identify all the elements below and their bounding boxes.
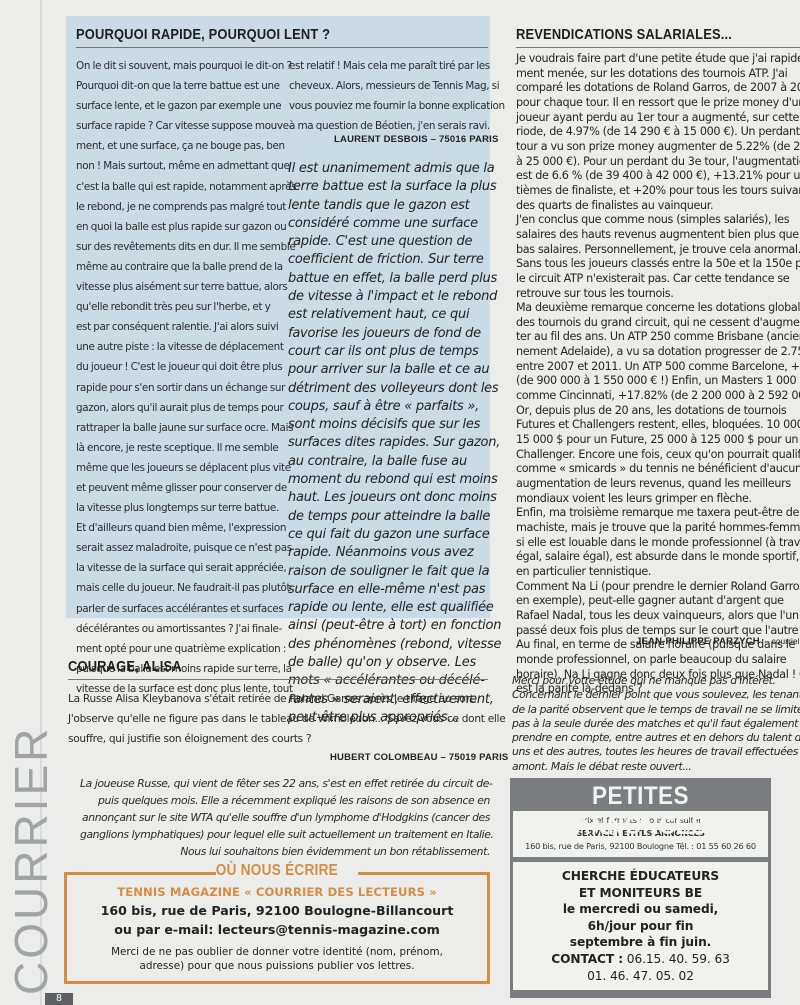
page-number: 8 xyxy=(45,993,73,1005)
text-line: (de 900 000 à 1 550 000 € !) Enfin, un M… xyxy=(516,374,800,389)
write-magazine-name: TENNIS MAGAZINE « COURRIER DES LECTEURS … xyxy=(64,885,490,899)
text-line: est par conséquent ralentie. J'ai alors … xyxy=(76,317,276,337)
ad-contact-label: CONTACT : xyxy=(551,952,623,966)
text-line: 15 000 $ pour un Future, 25 000 à 125 00… xyxy=(516,433,800,448)
letter3-title: COURAGE, ALISA xyxy=(68,658,429,675)
text-line: La Russe Alisa Kleybanova s'était retiré… xyxy=(68,689,488,709)
magazine-page: COURRIER 8 POURQUOI RAPIDE, POURQUOI LEN… xyxy=(0,0,800,1005)
reply-line: sont moins décisifs que sur les xyxy=(288,416,488,434)
text-line: est relatif ! Mais cela me paraît tiré p… xyxy=(289,56,489,76)
letter1-column1: On le dit si souvent, mais pourquoi le d… xyxy=(76,56,276,699)
reply-line: Concernant le dernier point que vous sou… xyxy=(512,688,800,702)
text-line: Je voudrais faire part d'une petite étud… xyxy=(516,52,800,67)
reply-line: amont. Mais le débat reste ouvert... xyxy=(512,760,800,774)
reply-line: considéré comme une surface xyxy=(288,215,488,233)
letter3-editor-reply: La joueuse Russe, qui vient de fêter ses… xyxy=(80,775,490,860)
reply-line: coefficient de friction. Sur terre xyxy=(288,251,488,269)
letter2-signature-source: – courriel xyxy=(765,637,800,646)
ad-contact: CONTACT : 06.15. 40. 59. 63 xyxy=(513,951,768,968)
text-line: bas salaires. Personnellement, je trouve… xyxy=(516,243,800,258)
text-line: vous pouviez me fournir la bonne explica… xyxy=(289,96,489,116)
text-line: vitesse plus aisément sur terre battue, … xyxy=(76,277,276,297)
reply-line: terre battue est la surface la plus xyxy=(288,178,488,196)
ad-line2: ET MONITEURS BE xyxy=(513,885,768,902)
text-line: J'en conclus que comme nous (simples sal… xyxy=(516,213,800,228)
reply-line: de temps pour atteindre la balle xyxy=(288,508,488,526)
text-line: des quarts de finalistes au vainqueur. xyxy=(516,199,800,214)
section-label: COURRIER xyxy=(4,726,58,995)
letter1-title: POURQUOI RAPIDE, POURQUOI LENT ? xyxy=(76,26,430,43)
write-note-line2: adresse) pour que nous puissions publier… xyxy=(64,960,490,972)
classified-ad: CHERCHE ÉDUCATEURS ET MONITEURS BE le me… xyxy=(513,862,768,990)
text-line: égal, salaire égal), est absurde dans le… xyxy=(516,550,800,565)
reply-line: surfaces dites rapides. Sur gazon, xyxy=(288,434,488,452)
ad-line4: 6h/jour pour fin xyxy=(513,918,768,935)
text-line: mondiaux voient les leurs grimper en flè… xyxy=(516,492,800,507)
text-line: cheveux. Alors, messieurs de Tennis Mag,… xyxy=(289,76,489,96)
reply-line: de la parité observent que le temps de t… xyxy=(512,703,800,717)
classifieds-title: PETITES ANNONCES xyxy=(513,781,768,811)
reply-line: moment du rebond qui est moins xyxy=(288,471,488,489)
write-to-us-title: OÙ NOUS ÉCRIRE xyxy=(64,862,490,880)
classifieds-address: 160 bis, rue de Paris, 92100 Boulogne Té… xyxy=(513,840,768,853)
ad-contact-phone2: 01. 46. 47. 05. 02 xyxy=(513,968,768,985)
text-line: qu'elle rebondit très peu sur l'herbe, e… xyxy=(76,297,276,317)
text-line: non ! Mais surtout, même en admettant qu… xyxy=(76,156,276,176)
text-line: monde professionnel, on parle beaucoup d… xyxy=(516,653,800,668)
reply-line: puis quelques mois. Elle a récemment exp… xyxy=(80,792,490,809)
reply-line: ainsi (peut-être à tort) en fonction xyxy=(288,617,488,635)
text-line: même au contraire que la balle prend de … xyxy=(76,257,276,277)
text-line: même que les joueurs se déplacent plus v… xyxy=(76,458,276,478)
reply-line: raison de souligner le fait que la xyxy=(288,563,488,581)
text-line: une autre piste : la vitesse de déplacem… xyxy=(76,337,276,357)
text-line: salaires des hauts revenus augmentent bi… xyxy=(516,228,800,243)
reply-line: rapide ou lente, elle est qualifiée xyxy=(288,599,488,617)
letter1-heading: POURQUOI RAPIDE, POURQUOI LENT ? xyxy=(76,26,488,48)
text-line: rattraper la balle jaune sur surface ocr… xyxy=(76,418,276,438)
letter1-signature: LAURENT DESBOIS – 75016 PARIS xyxy=(334,134,499,145)
reply-line: des phénomènes (rebond, vitesse xyxy=(288,636,488,654)
text-line: ter au fil des ans. Un ATP 250 comme Bri… xyxy=(516,330,800,345)
classifieds-box: PETITES ANNONCES Prix et formats : nous … xyxy=(510,778,771,998)
letter2-title: REVENDICATIONS SALARIALES... xyxy=(516,26,760,43)
reply-line: battue en effet, la balle perd plus xyxy=(288,270,488,288)
text-line: c'est la balle qui est rapide, notamment… xyxy=(76,177,276,197)
text-line: Enfin, ma troisième remarque me taxera p… xyxy=(516,506,800,521)
ad-line1: CHERCHE ÉDUCATEURS xyxy=(513,868,768,885)
text-line: riode, de 4.97% (de 14 290 € à 15 000 €)… xyxy=(516,125,800,140)
text-line: Pourquoi dit-on que la terre battue est … xyxy=(76,76,276,96)
reply-line: détriment des volleyeurs dont les xyxy=(288,380,488,398)
text-line: Comment Na Li (pour prendre le dernier R… xyxy=(516,580,800,595)
ad-line5: septembre à fin juin. xyxy=(513,934,768,951)
text-line: si elle est louable dans le monde profes… xyxy=(516,536,800,551)
reply-line: de vitesse à l'impact et le rebond xyxy=(288,288,488,306)
text-line: décélérantes ou amortissantes ? J'ai fin… xyxy=(76,619,276,639)
ad-contact-phone1: 06.15. 40. 59. 63 xyxy=(627,952,730,966)
text-line: comparé les dotations de Roland Garros, … xyxy=(516,81,800,96)
text-line: gazon, alors qu'il aurait plus de temps … xyxy=(76,398,276,418)
reply-line: ganglions lymphatiques) pour lequel elle… xyxy=(80,826,490,843)
text-line: Futures et Challengers restent, elles, b… xyxy=(516,418,800,433)
text-line: mais celle du joueur. Ne faudrait-il pas… xyxy=(76,578,276,598)
text-line: en particulier tennistique. xyxy=(516,565,800,580)
letter2-body: Je voudrais faire part d'une petite étud… xyxy=(516,52,800,697)
text-line: On le dit si souvent, mais pourquoi le d… xyxy=(76,56,276,76)
letter3-heading: COURAGE, ALISA xyxy=(68,658,488,680)
text-line: Challenger. Encore une fois, ceux qu'on … xyxy=(516,448,800,463)
reply-line: est relativement haut, ce qui xyxy=(288,306,488,324)
text-line: rapide pour s'en sortir dans un échange … xyxy=(76,378,276,398)
text-line: pour chaque tour. Il en ressort que le p… xyxy=(516,96,800,111)
letter2-signature-name: JEAN-PHILIPPE PARZYCH xyxy=(636,636,760,647)
write-email-address[interactable]: ou par e-mail: lecteurs@tennis-magazine.… xyxy=(64,922,490,937)
reply-line: prendre en compte, entre autres et en de… xyxy=(512,731,800,745)
text-line: ment opté pour une quatrième explication… xyxy=(76,639,276,659)
text-line: Rafael Nadal, tous les deux vainqueurs, … xyxy=(516,609,800,624)
text-line: surface rapide ? Car vitesse suppose mou… xyxy=(76,116,276,136)
text-line: Or, depuis plus de 20 ans, les dotations… xyxy=(516,404,800,419)
text-line: nement Adelaide), a vu sa dotation progr… xyxy=(516,345,800,360)
text-line: la vitesse plus longtemps sur terre batt… xyxy=(76,498,276,518)
letter2-editor-reply: Merci pour votre étude qui ne manque pas… xyxy=(512,674,800,774)
reply-line: Merci pour votre étude qui ne manque pas… xyxy=(512,674,800,688)
ad-line3: le mercredi ou samedi, xyxy=(513,901,768,918)
text-line: tièmes de finaliste, et +20% pour tous l… xyxy=(516,184,800,199)
text-line: joueur ayant perdu au 1er tour a augment… xyxy=(516,111,800,126)
text-line: et peuvent même glisser pour conserver d… xyxy=(76,478,276,498)
reply-line: annonçant sur le site WTA qu'elle souffr… xyxy=(80,809,490,826)
text-line: comme Cincinnati, +17.82% (de 2 200 000 … xyxy=(516,389,800,404)
letter2-signature: JEAN-PHILIPPE PARZYCH – courriel xyxy=(636,636,800,647)
text-line: J'observe qu'elle ne figure pas dans le … xyxy=(68,709,488,729)
reply-line: coups, sauf à être « parfaits », xyxy=(288,398,488,416)
reply-line: court car ils ont plus de temps xyxy=(288,343,488,361)
reply-line: haut. Les joueurs ont donc moins xyxy=(288,489,488,507)
reply-line: surface en elle-même n'est pas xyxy=(288,581,488,599)
letter1-column2: est relatif ! Mais cela me paraît tiré p… xyxy=(289,56,489,136)
reply-line: La joueuse Russe, qui vient de fêter ses… xyxy=(80,775,490,792)
text-line: Et d'ailleurs quand bien même, l'express… xyxy=(76,518,276,538)
text-line: ment, et une surface, ça ne bouge pas, b… xyxy=(76,136,276,156)
reply-line: uns et des autres, toutes les heures de … xyxy=(512,745,800,759)
text-line: sur des revêtements dits en dur. Il me s… xyxy=(76,237,276,257)
text-line: retrouve sur tous les tournois. xyxy=(516,287,800,302)
reply-line: pour arriver sur la balle et ce au xyxy=(288,361,488,379)
text-line: des tournois du grand circuit, qui ne ce… xyxy=(516,316,800,331)
text-line: à 25 000 €). Pour un perdant du 3e tour,… xyxy=(516,155,800,170)
write-note-line1: Merci de ne pas oublier de donner votre … xyxy=(64,946,490,958)
write-postal-address: 160 bis, rue de Paris, 92100 Boulogne-Bi… xyxy=(64,903,490,918)
reply-line: lente tandis que le gazon est xyxy=(288,197,488,215)
letter1-editor-reply: Il est unanimement admis que laterre bat… xyxy=(288,160,488,727)
text-line: du joueur ! C'est le joueur qui doit êtr… xyxy=(76,357,276,377)
text-line: Ma deuxième remarque concerne les dotati… xyxy=(516,301,800,316)
reply-line: rapide. Néanmoins vous avez xyxy=(288,544,488,562)
reply-line: pas à la seule durée des matches et qu'i… xyxy=(512,717,800,731)
text-line: le circuit ATP n'existerait pas. Car cet… xyxy=(516,272,800,287)
reply-line: Nous lui souhaitons bien évidemment un b… xyxy=(80,843,490,860)
text-line: entre 2007 et 2011. Un ATP 500 comme Bar… xyxy=(516,360,800,375)
text-line: le rebond, je ne comprends pas malgré to… xyxy=(76,197,276,217)
text-line: parler de surfaces accélérantes et surfa… xyxy=(76,599,276,619)
letter2-heading: REVENDICATIONS SALARIALES... xyxy=(516,26,800,48)
text-line: ment menée, sur les dotations des tourno… xyxy=(516,67,800,82)
reply-line: ce qui fait du gazon une surface xyxy=(288,526,488,544)
reply-line: Il est unanimement admis que la xyxy=(288,160,488,178)
reply-line: au contraire, la balle fuse au xyxy=(288,453,488,471)
text-line: souffre, qui justifie son éloignement de… xyxy=(68,729,488,749)
text-line: comme « smicards » du tennis ne bénéfici… xyxy=(516,462,800,477)
reply-line: favorise les joueurs de fond de xyxy=(288,325,488,343)
reply-line: rapide. C'est une question de xyxy=(288,233,488,251)
text-line: en quoi la balle est plus rapide sur gaz… xyxy=(76,217,276,237)
text-line: tour a vu son prize money augmenter de 5… xyxy=(516,140,800,155)
text-line: là encore, je reste sceptique. Il me sem… xyxy=(76,438,276,458)
text-line: surface lente, et le gazon par exemple u… xyxy=(76,96,276,116)
text-line: est de 6.6 % (de 39 400 à 42 000 €), +13… xyxy=(516,169,800,184)
text-line: serait assez maladroite, puisque ce n'es… xyxy=(76,538,276,558)
text-line: en exemple), peut-elle gagner autant d'a… xyxy=(516,594,800,609)
letter3-body: La Russe Alisa Kleybanova s'était retiré… xyxy=(68,689,488,749)
text-line: Sans tous les joueurs classés entre la 5… xyxy=(516,257,800,272)
text-line: augmentation de leurs revenus, quand les… xyxy=(516,477,800,492)
text-line: machiste, mais je trouve que la parité h… xyxy=(516,521,800,536)
letter3-signature: HUBERT COLOMBEAU – 75019 PARIS xyxy=(330,752,508,763)
text-line: la vitesse de la surface qui serait appr… xyxy=(76,558,276,578)
